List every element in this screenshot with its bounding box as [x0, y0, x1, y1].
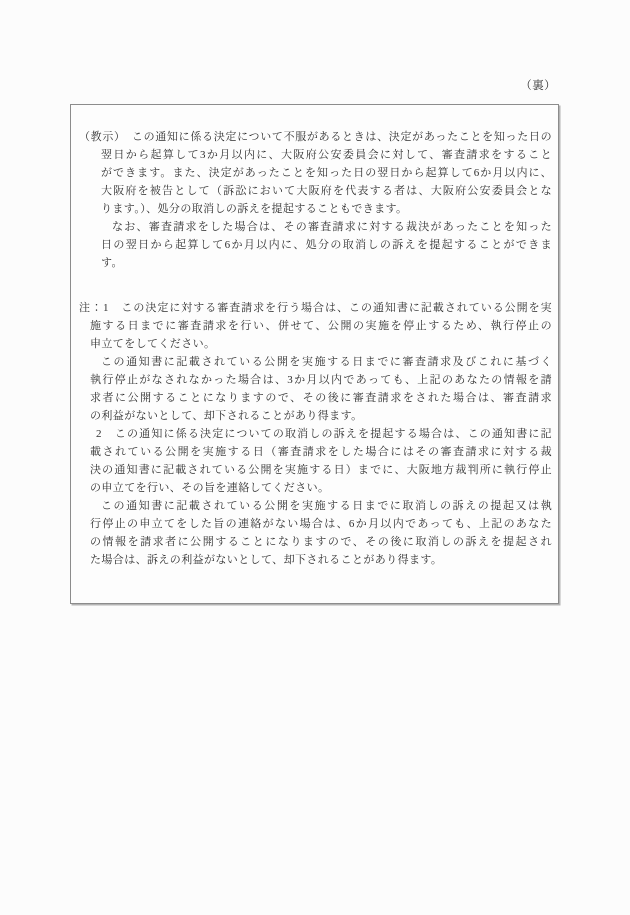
note-line: の情報を請求者に公開することになりますので、その後に取消しの訴えを提起され — [90, 533, 552, 551]
kyoji-line: 翌日から起算して3か月以内に、大阪府公安委員会に対して、審査請求をすること — [101, 146, 552, 164]
note-line: の申立てを行い、その旨を連絡してください。 — [90, 479, 552, 497]
kyoji-line: なお、審査請求をした場合は、その審査請求に対する裁決があったことを知った — [112, 218, 552, 236]
note-line: 決の通知書に記載されている公開を実施する日）までに、大阪地方裁判所に執行停止 — [90, 461, 552, 479]
kyoji-line: ができます。また、決定があったことを知った日の翌日から起算して6か月以内に、 — [101, 164, 552, 182]
note-line: 求者に公開することになりますので、その後に審査請求をされた場合は、審査請求 — [90, 389, 552, 407]
note-line: 注：1 この決定に対する審査請求を行う場合は、この通知書に記載されている公開を実 — [79, 299, 552, 317]
note-line: 申立てをしてください。 — [90, 335, 552, 353]
document-page: （裏） （教示） この通知に係る決定について不服があるときは、決定があったことを… — [0, 0, 630, 915]
notice-box: （教示） この通知に係る決定について不服があるときは、決定があったことを知った日… — [70, 104, 559, 604]
instruction-section: （教示） この通知に係る決定について不服があるときは、決定があったことを知った日… — [79, 128, 552, 272]
kyoji-line: ります。）、処分の取消しの訴えを提起することもできます。 — [101, 200, 552, 218]
note-line: 載されている公開を実施する日（審査請求をした場合にはその審査請求に対する裁 — [90, 443, 552, 461]
kyoji-line: す。 — [101, 254, 552, 272]
note-line: この通知書に記載されている公開を実施する日までに取消しの訴えの提起又は執 — [101, 497, 552, 515]
note-line: 執行停止がなされなかった場合は、3か月以内であっても、上記のあなたの情報を請 — [90, 371, 552, 389]
page-side-label: （裏） — [520, 79, 556, 94]
note-line: この通知書に記載されている公開を実施する日までに審査請求及びこれに基づく — [101, 353, 552, 371]
kyoji-line: 大阪府を被告として（訴訟において大阪府を代表する者は、大阪府公安委員会とな — [101, 182, 552, 200]
kyoji-line: 日の翌日から起算して6か月以内に、処分の取消しの訴えを提起することができま — [101, 236, 552, 254]
notes-section: 注：1 この決定に対する審査請求を行う場合は、この通知書に記載されている公開を実… — [79, 299, 552, 569]
note-line: た場合は、訴えの利益がないとして、却下されることがあり得ます。 — [90, 551, 552, 569]
note-line: 施する日までに審査請求を行い、併せて、公開の実施を停止するため、執行停止の — [90, 317, 552, 335]
note-line: 行停止の申立てをした旨の連絡がない場合は、6か月以内であっても、上記のあなた — [90, 515, 552, 533]
kyoji-line: （教示） この通知に係る決定について不服があるときは、決定があったことを知った日… — [79, 128, 552, 146]
note-line: の利益がないとして、却下されることがあり得ます。 — [90, 407, 552, 425]
note-line: 2 この通知に係る決定についての取消しの訴えを提起する場合は、この通知書に記 — [96, 425, 552, 443]
